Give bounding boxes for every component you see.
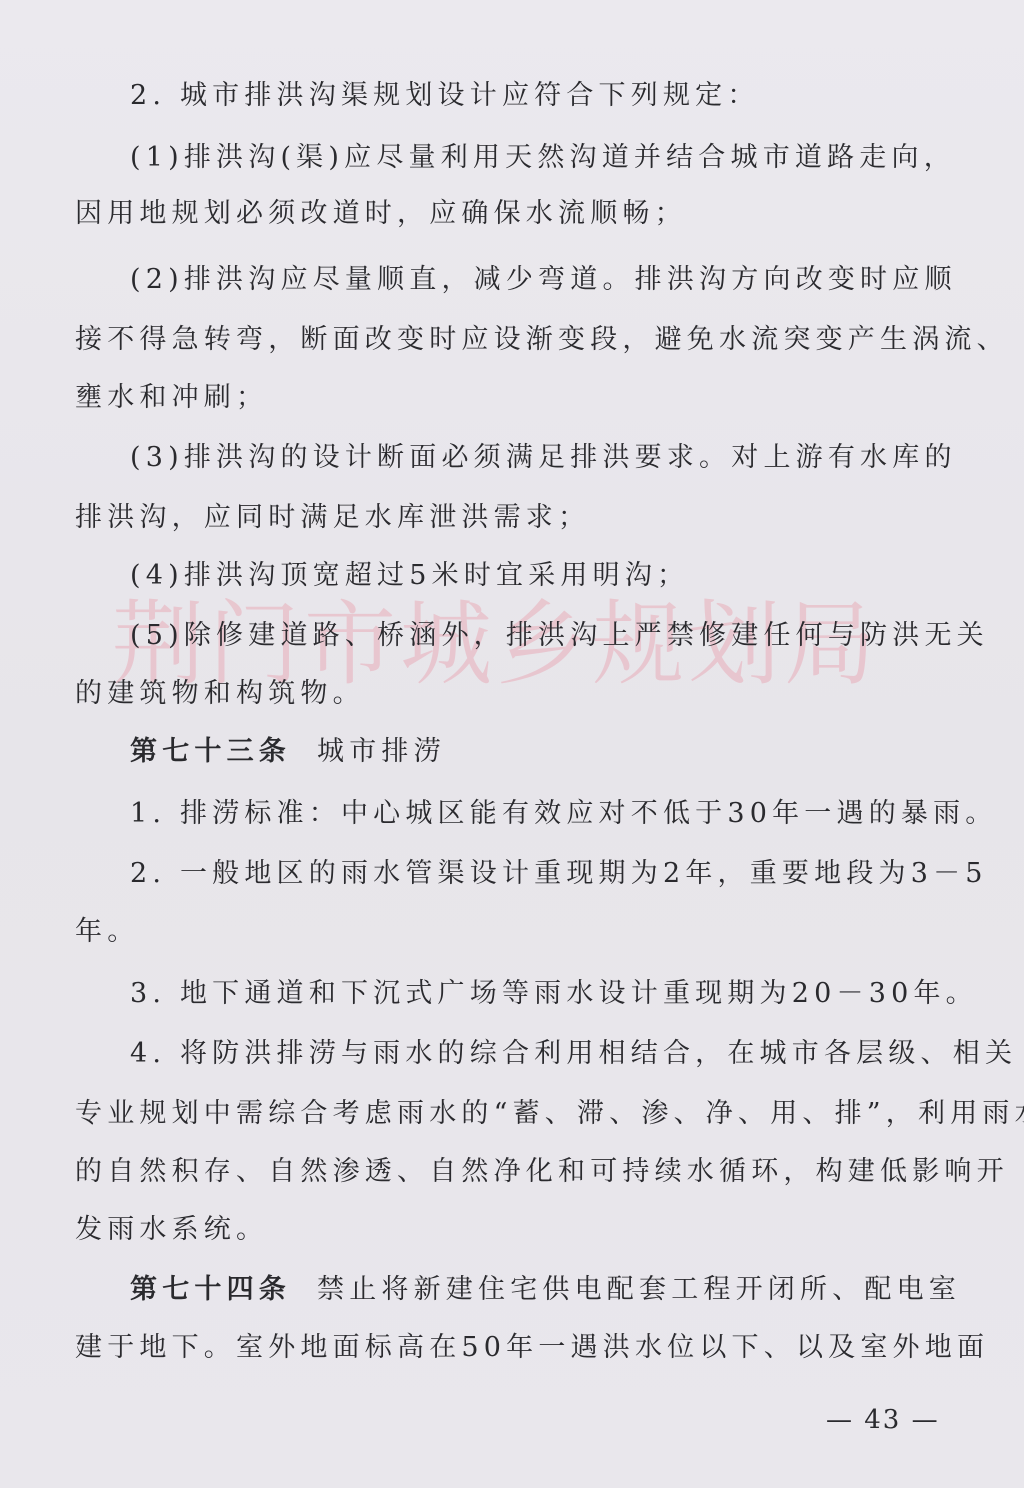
article-text: 禁止将新建住宅供电配套工程开闭所、配电室 bbox=[317, 1274, 961, 1305]
article-heading: 第七十四条 bbox=[130, 1274, 291, 1305]
document-page: 荆门市城乡规划局 2. 城市排洪沟渠规划设计应符合下列规定： (1)排洪沟(渠)… bbox=[0, 0, 1024, 1488]
paragraph-line: 1. 排涝标准：中心城区能有效应对不低于30年一遇的暴雨。 bbox=[130, 796, 998, 832]
paragraph-line: 的自然积存、自然渗透、自然净化和可持续水循环，构建低影响开 bbox=[75, 1154, 1009, 1190]
paragraph-line: (3)排洪沟的设计断面必须满足排洪要求。对上游有水库的 bbox=[130, 440, 957, 476]
paragraph-line: (4)排洪沟顶宽超过5米时宜采用明沟； bbox=[130, 558, 689, 594]
paragraph-line: 接不得急转弯，断面改变时应设渐变段，避免水流突变产生涡流、 bbox=[75, 322, 1009, 358]
article-heading: 第七十三条 bbox=[130, 736, 291, 767]
paragraph-line: 建于地下。室外地面标高在50年一遇洪水位以下、以及室外地面 bbox=[75, 1330, 989, 1366]
paragraph-line: 排洪沟，应同时满足水库泄洪需求； bbox=[75, 500, 590, 536]
page-number: — 43 — bbox=[826, 1402, 940, 1438]
paragraph-line: (1)排洪沟(渠)应尽量利用天然沟道并结合城市道路走向， bbox=[130, 140, 956, 176]
paragraph-line: 的建筑物和构筑物。 bbox=[75, 676, 365, 712]
paragraph-line: (5)除修建道路、桥涵外，排洪沟上严禁修建任何与防洪无关 bbox=[130, 618, 989, 654]
paragraph-line: 因用地规划必须改道时，应确保水流顺畅； bbox=[75, 196, 687, 232]
article-73-header: 第七十三条城市排涝 bbox=[130, 734, 446, 770]
paragraph-line: (2)排洪沟应尽量顺直，减少弯道。排洪沟方向改变时应顺 bbox=[130, 262, 957, 298]
article-74-header: 第七十四条禁止将新建住宅供电配套工程开闭所、配电室 bbox=[130, 1272, 961, 1308]
paragraph-line: 发雨水系统。 bbox=[75, 1212, 268, 1248]
paragraph-line: 4. 将防洪排涝与雨水的综合利用相结合，在城市各层级、相关 bbox=[130, 1036, 1017, 1072]
paragraph-line: 专业规划中需综合考虑雨水的“蓄、滞、渗、净、用、排”，利用雨水 bbox=[75, 1096, 1024, 1132]
paragraph-line: 壅水和冲刷； bbox=[75, 380, 268, 416]
article-title: 城市排涝 bbox=[317, 736, 446, 767]
paragraph-line: 3. 地下通道和下沉式广场等雨水设计重现期为20－30年。 bbox=[130, 976, 978, 1012]
paragraph-line: 年。 bbox=[75, 914, 139, 950]
paragraph-line: 2. 一般地区的雨水管渠设计重现期为2年，重要地段为3－5 bbox=[130, 856, 988, 892]
paragraph-line: 2. 城市排洪沟渠规划设计应符合下列规定： bbox=[130, 78, 760, 114]
